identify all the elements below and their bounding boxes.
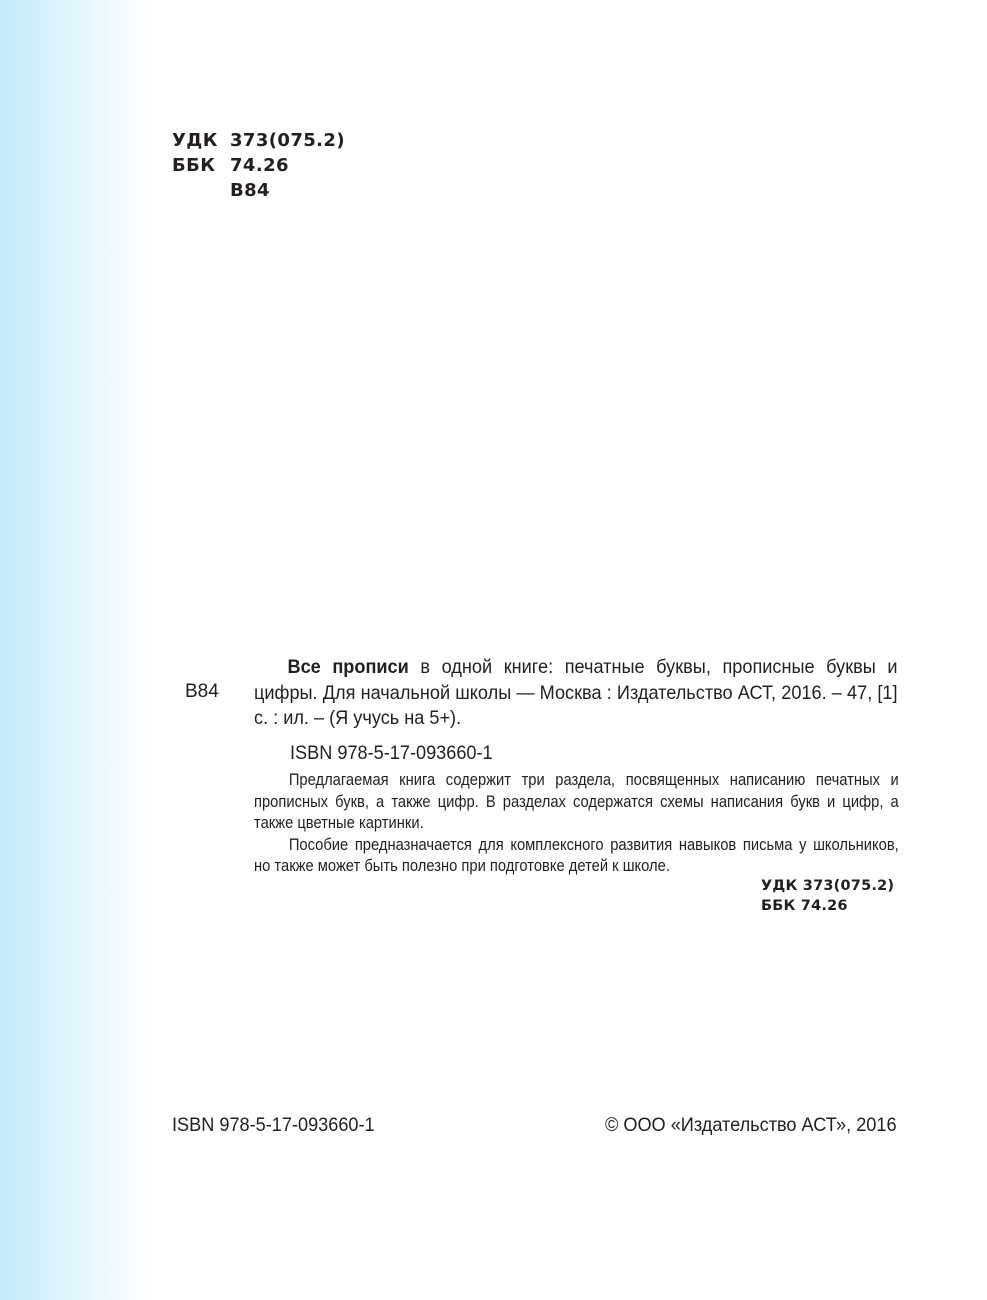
classification-codes-top: УДК 373(075.2) ББК 74.26 В84 (172, 128, 345, 203)
bibliographic-record: Все прописи в одной книге: печатные букв… (254, 655, 898, 732)
side-gradient-band (0, 0, 150, 1300)
bbk-value: 74.26 (230, 153, 289, 178)
udk-code: УДК 373(075.2) (761, 876, 894, 896)
book-title: Все прописи (287, 656, 408, 678)
copyright-notice: © ООО «Издательство АСТ», 2016 (605, 1113, 897, 1137)
bbk-label: ББК (172, 153, 230, 178)
bibliographic-description: Все прописи в одной книге: печатные букв… (254, 655, 898, 732)
annotation: Предлагаемая книга содержит три раздела,… (254, 770, 899, 878)
annotation-paragraph: Пособие предназначается для комплексного… (254, 835, 899, 878)
classification-codes-bottom: УДК 373(075.2) ББК 74.26 (761, 876, 894, 916)
isbn-record: ISBN 978-5-17-093660-1 (290, 741, 493, 765)
author-mark: В84 (185, 680, 219, 704)
author-mark-row: В84 (172, 178, 345, 203)
udk-value: 373(075.2) (230, 128, 345, 153)
udk-row: УДК 373(075.2) (172, 128, 345, 153)
udk-label: УДК (172, 128, 230, 153)
footer-isbn: ISBN 978-5-17-093660-1 (172, 1113, 375, 1137)
annotation-paragraph: Предлагаемая книга содержит три раздела,… (254, 770, 899, 835)
bbk-code: ББК 74.26 (761, 896, 894, 916)
author-mark-top: В84 (230, 178, 270, 203)
bbk-row: ББК 74.26 (172, 153, 345, 178)
